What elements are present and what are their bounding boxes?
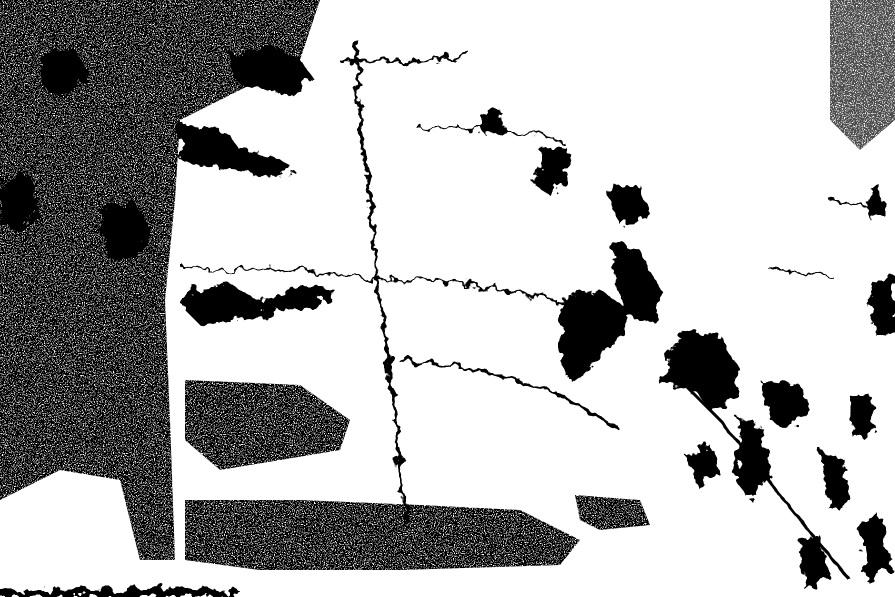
thresholded-photo bbox=[0, 0, 895, 597]
